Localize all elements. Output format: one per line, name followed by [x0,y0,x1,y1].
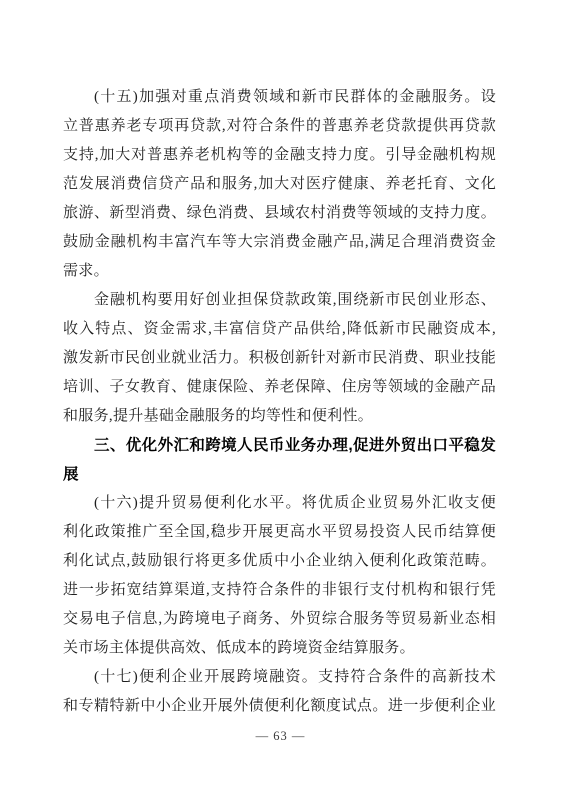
body-text-line: 培训、子女教育、健康保险、养老保障、住房等领域的金融产品 [63,373,496,402]
body-text-line: 进一步拓宽结算渠道,支持符合条件的非银行支付机构和银行凭 [63,576,496,605]
body-text-line: 范发展消费信贷产品和服务,加大对医疗健康、养老托育、文化 [63,170,496,199]
body-text-line: 鼓励金融机构丰富汽车等大宗消费金融产品,满足合理消费资金 [63,228,496,257]
body-text-line: (十五)加强对重点消费领域和新市民群体的金融服务。设 [63,83,496,112]
section-heading-line: 三、优化外汇和跨境人民币业务办理,促进外贸出口平稳发 [63,431,496,460]
document-body: (十五)加强对重点消费领域和新市民群体的金融服务。设 立普惠养老专项再贷款,对符… [63,83,496,721]
body-text-line: 激发新市民创业就业活力。积极创新针对新市民消费、职业技能 [63,344,496,373]
section-heading-line: 展 [63,460,496,489]
body-text-line: (十七)便利企业开展跨境融资。支持符合条件的高新技术 [63,663,496,692]
document-page: (十五)加强对重点消费领域和新市民群体的金融服务。设 立普惠养老专项再贷款,对符… [0,0,561,793]
body-text-line: 金融机构要用好创业担保贷款政策,围绕新市民创业形态、 [63,286,496,315]
body-text-line: 和服务,提升基础金融服务的均等性和便利性。 [63,402,496,431]
body-text-line: 交易电子信息,为跨境电子商务、外贸综合服务等贸易新业态相 [63,605,496,634]
page-number: — 63 — [0,729,561,744]
body-text-line: 支持,加大对普惠养老机构等的金融支持力度。引导金融机构规 [63,141,496,170]
body-text-line: 利化政策推广至全国,稳步开展更高水平贸易投资人民币结算便 [63,518,496,547]
body-text-line: (十六)提升贸易便利化水平。将优质企业贸易外汇收支便 [63,489,496,518]
body-text-line: 利化试点,鼓励银行将更多优质中小企业纳入便利化政策范畴。 [63,547,496,576]
body-text-line: 和专精特新中小企业开展外债便利化额度试点。进一步便利企业 [63,692,496,721]
body-text-line: 关市场主体提供高效、低成本的跨境资金结算服务。 [63,634,496,663]
body-text-line: 需求。 [63,257,496,286]
body-text-line: 收入特点、资金需求,丰富信贷产品供给,降低新市民融资成本, [63,315,496,344]
body-text-line: 立普惠养老专项再贷款,对符合条件的普惠养老贷款提供再贷款 [63,112,496,141]
body-text-line: 旅游、新型消费、绿色消费、县域农村消费等领域的支持力度。 [63,199,496,228]
